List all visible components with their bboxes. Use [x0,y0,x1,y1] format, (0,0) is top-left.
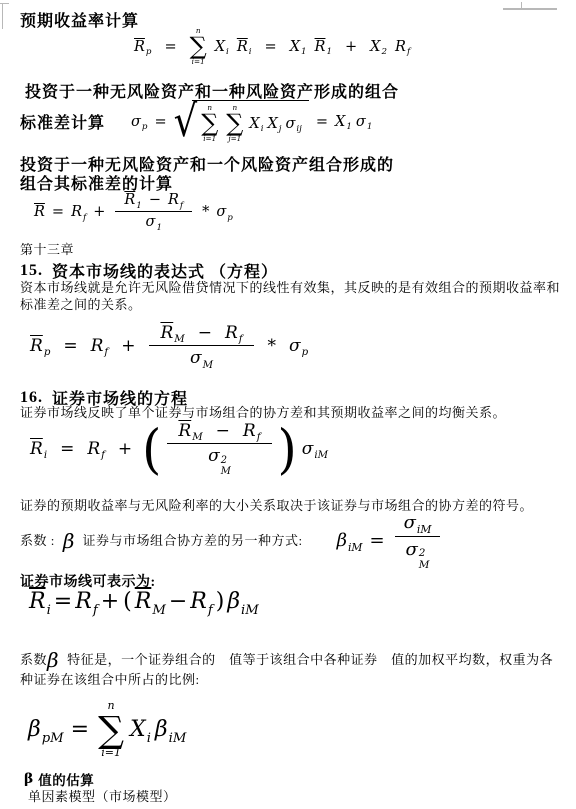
math-symbol: σ [146,214,156,230]
math-token: Rf [243,421,261,441]
formula-security-market-line-beta: Ri=Rf+(RM−Rf)βiM [28,589,260,614]
math-token: βiM [337,530,363,551]
beta-symbol: β [47,648,59,672]
math-symbol: R [87,439,100,459]
math-symbol: R [30,439,43,459]
math-symbol: σ [216,204,226,220]
beta-feature-prefix: 系数 [20,652,47,667]
math-symbol: R [315,39,326,55]
math-token: RM [135,589,166,614]
math-token: σ1 [356,114,372,130]
math-token: R1 [124,192,141,209]
math-token: σp [131,114,147,130]
math-token: Rf [75,589,97,614]
math-token: + [93,204,105,220]
math-symbol: R [30,336,43,356]
math-symbol: * [202,204,209,220]
math-symbol: β [155,717,168,742]
subscript: i [226,47,229,57]
math-symbol: = [54,589,72,614]
math-symbol: R [29,589,46,614]
chapter-label: 第十三章 [20,241,74,258]
math-token: + [345,39,357,55]
fraction: RM−RfσM [149,323,253,369]
math-token: σ2M [208,446,231,476]
formula-root: Rp=n∑i=1XiRi=X1R1+X2Rf [130,27,414,66]
subscript: 2 [381,47,387,57]
math-symbol: σ [404,512,416,533]
math-symbol: X [290,39,300,55]
numerator: RM−Rf [149,323,253,346]
subscript: 1 [301,47,307,57]
math-symbol: R [134,39,145,55]
subscript: 1 [156,223,162,233]
formula-root: Ri=Rf+(RM−Rf)βiM [28,589,260,614]
subscript: M [221,466,231,477]
math-symbol: − [149,192,161,208]
math-symbol: X [370,39,380,55]
sub-sup-stack: 2M [419,547,430,571]
subscript: f [180,201,183,211]
math-token: = [369,530,384,551]
subscript: ij [296,124,301,134]
math-symbol: R [91,336,104,356]
numerator: R1−Rf [115,192,192,212]
math-token: * [202,204,209,220]
math-token: + [121,336,135,356]
subscript: f [104,347,108,358]
subscript: f [93,603,98,618]
formula-root: R=Rf+R1−Rfσ1*σp [32,192,235,232]
math-symbol: + [101,589,119,614]
math-symbol: R [243,421,256,441]
paren-content: RM−Rfσ2M [162,421,276,476]
beta-symbol: β [24,771,33,787]
subscript: f [407,47,410,57]
math-token: Rf [91,336,109,356]
numerator: RM−Rf [167,421,271,444]
subscript: iM [314,450,328,461]
math-token: Xj [267,116,281,132]
beta-row-prefix: 系数 : [20,532,55,549]
subscript: f [208,603,213,618]
subscript: i [249,47,252,57]
math-symbol: X [215,39,225,55]
math-symbol: = [60,439,74,459]
math-symbol: R [34,204,45,220]
math-token: Rf [168,192,183,209]
math-token: σp [216,204,232,220]
math-token: Rp [134,39,151,55]
formula-two-asset-std: R=Rf+R1−Rfσ1*σp [32,192,235,232]
heading-beta-estimation: β 值的估算 [24,769,94,789]
subscript: f [257,432,261,443]
math-symbol: X [267,116,277,132]
math-token: βpM [28,717,64,742]
math-symbol: = [63,336,77,356]
math-symbol: β [28,717,41,742]
math-token: + [101,589,119,614]
sum-lower-limit: j=1 [228,135,241,143]
subscript: i [147,731,151,746]
math-symbol: σ [208,446,220,466]
math-symbol: R [225,323,238,343]
radicand: n∑i=1n∑j=1XiXjσij [192,100,309,143]
denominator: σ2M [403,537,431,570]
formula-capital-market-line: Rp=Rf+RM−RfσM*σp [26,323,312,369]
math-symbol: + [345,39,357,55]
radical-icon: √ [174,104,198,139]
math-symbol: σ [131,114,141,130]
subscript: i [261,124,264,134]
subscript: j [279,124,282,134]
math-token: ( [123,589,132,614]
formula-beta-definition: βiM=σiMσ2M [335,512,446,570]
math-token: Rf [395,39,410,55]
math-token: RM [178,421,202,441]
math-token: σM [190,348,213,368]
math-symbol: β [337,530,347,551]
math-token: Rf [190,589,212,614]
item15-number: 15. [20,262,43,280]
formula-expected-return: Rp=n∑i=1XiRi=X1R1+X2Rf [130,27,414,66]
math-symbol: X [130,717,146,742]
math-token: R1 [315,39,332,55]
subscript: M [419,559,430,571]
sum-lower-limit: i=1 [101,747,121,760]
math-token: = [52,204,64,220]
heading-riskfree-plus-risky-portfolio: 投资于一种无风险资产和一种风险资产形成的组合 [25,79,399,102]
formula-portfolio-beta: βpM=n∑i=1XiβiM [26,700,188,760]
beta-row-label: 证券与市场组合协方差的另一种方式: [82,532,302,549]
formula-security-market-line-covariance: Ri=Rf+(RM−Rfσ2M)σiM [26,421,332,476]
denominator: σM [186,346,217,368]
subscript: M [152,603,166,618]
beta-estimation-label: 值的估算 [38,769,94,789]
math-symbol: * [268,336,277,356]
math-token: Rp [30,336,50,356]
subscript: 1 [346,122,352,132]
math-symbol: R [75,589,92,614]
subscript: p [44,347,51,358]
math-symbol: = [154,114,166,130]
margin-marker-top-right-horizontal [503,8,557,10]
math-token: = [71,717,89,742]
math-symbol: X [249,116,259,132]
summation-symbol: n∑i=1 [98,700,124,760]
math-token: Ri [29,589,51,614]
math-symbol: = [265,39,277,55]
subscript: f [239,334,243,345]
subscript: M [192,432,202,443]
math-symbol: R [237,39,248,55]
beta-feature-body: 特征是，一个证券组合的 值等于该组合中各种证券 值的加权平均数，权重为各种证券在… [20,652,553,687]
summation-symbol: n∑j=1 [226,104,243,143]
math-token: Rf [71,204,86,220]
math-symbol: σ [286,116,296,132]
math-token: X1 [335,114,352,130]
subscript: iM [169,731,187,746]
math-token: σp [289,336,308,356]
margin-marker-top-left-vertical [2,3,3,29]
single-factor-model-label: 单因素模型（市场模型） [28,788,177,805]
math-symbol: R [124,192,135,208]
math-symbol: R [168,192,179,208]
math-symbol: X [335,114,345,130]
subscript: M [203,360,213,371]
math-token: = [54,589,72,614]
math-symbol: R [190,589,207,614]
subscript: p [227,213,233,223]
sigma-sum-icon: ∑ [201,112,218,135]
denominator: σ1 [144,212,164,231]
math-symbol: ) [216,589,225,614]
summation-symbol: n∑i=1 [190,27,207,66]
math-symbol: + [118,439,132,459]
math-symbol: − [169,589,187,614]
math-token: RM [160,323,184,343]
math-symbol: − [216,421,230,441]
math-token: Ri [237,39,252,55]
math-token: Xi [249,116,263,132]
subscript: 1 [367,122,373,132]
math-symbol: σ [289,336,301,356]
formula-root: Rp=Rf+RM−RfσM*σp [26,323,312,369]
math-token: R [34,204,45,220]
fraction: R1−Rfσ1 [115,192,192,232]
math-token: = [164,39,176,55]
math-token: Ri [30,439,47,459]
beta-symbol: β [63,529,75,553]
formula-std-dev: σp=√n∑i=1n∑j=1XiXjσij=X1σ1 [129,100,374,143]
math-token: Rf [225,323,243,343]
math-symbol: = [316,114,328,130]
numerator: σiM [395,512,441,537]
beta-coefficient-row: 系数 : β 证券与市场组合协方差的另一种方式: βiM=σiMσ2M [20,512,445,570]
subscript: i [47,603,51,618]
heading-std-dev-calc: 标准差计算 [20,110,105,133]
subscript: p [142,122,148,132]
math-token: + [118,439,132,459]
math-token: Xi [130,717,151,742]
subscript: f [83,213,86,223]
subscript: iM [348,541,363,554]
math-symbol: − [198,323,212,343]
subscript: M [174,334,184,345]
math-symbol: = [71,717,89,742]
math-token: * [268,336,277,356]
square-root: √n∑i=1n∑j=1XiXjσij [174,100,309,143]
fraction: σiMσ2M [395,512,441,570]
math-token: βiM [227,589,258,614]
math-token: = [265,39,277,55]
formula-root: βpM=n∑i=1XiβiM [26,700,188,760]
math-token: − [216,421,230,441]
math-token: βiM [155,717,186,742]
subscript: iM [417,523,432,536]
math-token: − [198,323,212,343]
sum-lower-limit: i=1 [192,58,205,66]
superscript: 2 [419,547,426,559]
formula-root: Ri=Rf+(RM−Rfσ2M)σiM [26,421,332,476]
math-symbol: = [369,530,384,551]
subscript: pM [42,731,64,746]
sum-lower-limit: i=1 [203,135,216,143]
math-token: X1 [290,39,307,55]
math-token: σiM [302,439,328,459]
subscript: f [101,450,105,461]
math-symbol: + [121,336,135,356]
formula-root: σp=√n∑i=1n∑j=1XiXjσij=X1σ1 [129,100,374,143]
math-symbol: σ [190,348,202,368]
std-dev-row: 标准差计算 σp=√n∑i=1n∑j=1XiXjσij=X1σ1 [20,100,374,143]
math-symbol: R [71,204,82,220]
math-token: = [60,439,74,459]
summation-symbol: n∑i=1 [201,104,218,143]
math-symbol: = [52,204,64,220]
math-token: X2 [370,39,387,55]
formula-root: βiM=σiMσ2M [335,512,446,570]
sigma-sum-icon: ∑ [190,35,207,58]
sub-sup-stack: 2M [221,455,231,478]
math-symbol: σ [356,114,366,130]
math-token: σiM [404,512,432,534]
item16-body: 证券市场线反映了单个证券与市场组合的协方差和其预期收益率之间的均衡关系。 [20,404,506,421]
math-symbol: R [178,421,191,441]
math-symbol: R [160,323,173,343]
superscript: 2 [221,455,227,466]
math-token: ) [216,589,225,614]
math-symbol: = [164,39,176,55]
subscript: i [44,450,47,461]
subscript: p [146,47,152,57]
sigma-sum-icon: ∑ [98,713,124,747]
sigma-sum-icon: ∑ [226,112,243,135]
margin-marker-top-left-horizontal [0,3,9,4]
math-symbol: R [395,39,406,55]
math-token: σ1 [146,214,162,231]
math-token: σ2M [405,539,429,570]
math-token: Xi [215,39,229,55]
subscript: iM [241,603,259,618]
subscript: p [302,347,309,358]
math-symbol: σ [302,439,314,459]
math-token: = [316,114,328,130]
math-symbol: σ [405,539,417,560]
parenthesized-group: (RM−Rfσ2M) [141,421,298,476]
subscript: 1 [326,47,332,57]
math-token: σij [286,116,302,132]
heading-two-asset-std-line2: 组合其标准差的计算 [20,171,173,194]
math-symbol: β [227,589,240,614]
item15-body: 资本市场线就是允许无风险借贷情况下的线性有效集，其反映的是有效组合的预期收益率和… [20,279,568,313]
math-symbol: ( [123,589,132,614]
heading-sml-expressed-as: 证券市场线可表示为: [20,571,156,591]
math-token: Rf [87,439,105,459]
fraction: RM−Rfσ2M [167,421,271,476]
beta-feature-paragraph: 系数β特征是，一个证券组合的 值等于该组合中各种证券 值的加权平均数，权重为各种… [20,650,565,690]
subscript: 1 [136,201,142,211]
math-token: = [63,336,77,356]
denominator: σ2M [204,444,235,476]
heading-expected-return-calc: 预期收益率计算 [20,8,139,31]
math-symbol: + [93,204,105,220]
math-symbol: R [135,589,152,614]
margin-marker-top-right-tick [521,2,522,10]
math-token: = [154,114,166,130]
math-token: − [169,589,187,614]
document-page: 预期收益率计算 Rp=n∑i=1XiRi=X1R1+X2Rf 投资于一种无风险资… [0,0,576,809]
math-token: − [149,192,161,209]
